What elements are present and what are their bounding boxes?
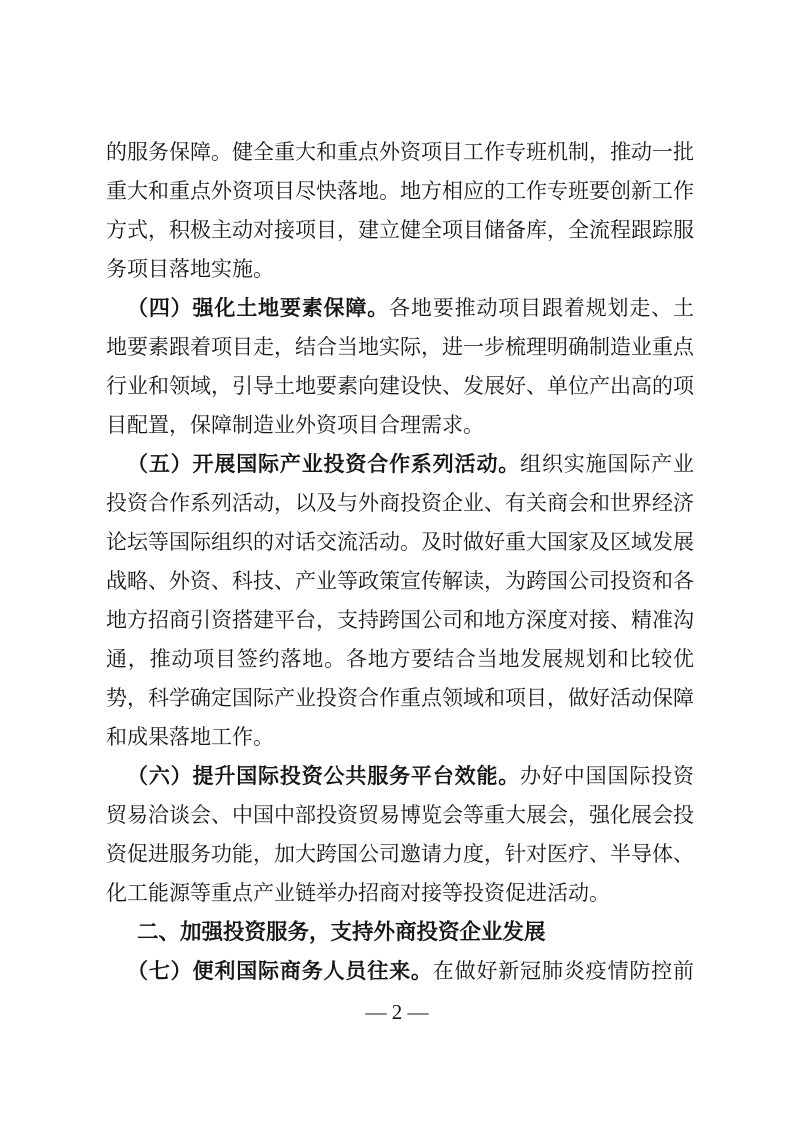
text-line: 通，推动项目签约落地。各地方要结合当地发展规划和比较优 — [106, 640, 694, 679]
text-line: 投资合作系列活动，以及与外商投资企业、有关商会和世界经济 — [106, 484, 694, 523]
text-line: （六）提升国际投资公共服务平台效能。办好中国国际投资 — [106, 757, 694, 796]
text-line: （七）便利国际商务人员往来。在做好新冠肺炎疫情防控前 — [106, 952, 694, 991]
paragraph-lead: （四）强化土地要素保障。 — [127, 296, 389, 320]
text-line: （四）强化土地要素保障。各地要推动项目跟着规划走、土 — [106, 289, 694, 328]
text-line: 战略、外资、科技、产业等政策宣传解读，为跨国公司投资和各 — [106, 562, 694, 601]
body-paragraph: （五）开展国际产业投资合作系列活动。组织实施国际产业 投资合作系列活动，以及与外… — [106, 445, 694, 757]
body-paragraph: （四）强化土地要素保障。各地要推动项目跟着规划走、土 地要素跟着项目走，结合当地… — [106, 289, 694, 445]
paragraph-lead: （六）提升国际投资公共服务平台效能。 — [127, 764, 520, 788]
text-line: 贸易洽谈会、中国中部投资贸易博览会等重大展会，强化展会投 — [106, 796, 694, 835]
text-line: 地方招商引资搭建平台，支持跨国公司和地方深度对接、精准沟 — [106, 601, 694, 640]
text-line: （五）开展国际产业投资合作系列活动。组织实施国际产业 — [106, 445, 694, 484]
paragraph-text: 组织实施国际产业 — [520, 452, 694, 476]
text-line: 的服务保障。健全重大和重点外资项目工作专班机制，推动一批 — [106, 133, 694, 172]
body-paragraph: （六）提升国际投资公共服务平台效能。办好中国国际投资 贸易洽谈会、中国中部投资贸… — [106, 757, 694, 913]
body-paragraph: 的服务保障。健全重大和重点外资项目工作专班机制，推动一批 重大和重点外资项目尽快… — [106, 133, 694, 289]
section-heading: 二、加强投资服务，支持外商投资企业发展 — [106, 913, 694, 952]
page-number: — 2 — — [0, 993, 794, 1032]
text-line: 行业和领域，引导土地要素向建设快、发展好、单位产出高的项 — [106, 367, 694, 406]
paragraph-text: 在做好新冠肺炎疫情防控前 — [433, 959, 694, 983]
body-paragraph: （七）便利国际商务人员往来。在做好新冠肺炎疫情防控前 — [106, 952, 694, 991]
text-line: 目配置，保障制造业外资项目合理需求。 — [106, 406, 694, 445]
text-line: 务项目落地实施。 — [106, 250, 694, 289]
text-line: 资促进服务功能，加大跨国公司邀请力度，针对医疗、半导体、 — [106, 835, 694, 874]
document-page: 的服务保障。健全重大和重点外资项目工作专班机制，推动一批 重大和重点外资项目尽快… — [0, 0, 794, 1123]
paragraph-lead: （五）开展国际产业投资合作系列活动。 — [127, 452, 520, 476]
text-line: 和成果落地工作。 — [106, 718, 694, 757]
text-line: 重大和重点外资项目尽快落地。地方相应的工作专班要创新工作 — [106, 172, 694, 211]
paragraph-text: 办好中国国际投资 — [520, 764, 694, 788]
text-line: 论坛等国际组织的对话交流活动。及时做好重大国家及区域发展 — [106, 523, 694, 562]
paragraph-lead: （七）便利国际商务人员往来。 — [127, 959, 433, 983]
paragraph-text: 各地要推动项目跟着规划走、土 — [389, 296, 694, 320]
text-line: 地要素跟着项目走，结合当地实际，进一步梳理明确制造业重点 — [106, 328, 694, 367]
text-line: 方式，积极主动对接项目，建立健全项目储备库，全流程跟踪服 — [106, 211, 694, 250]
document-body: 的服务保障。健全重大和重点外资项目工作专班机制，推动一批 重大和重点外资项目尽快… — [106, 133, 694, 991]
text-line: 化工能源等重点产业链举办招商对接等投资促进活动。 — [106, 874, 694, 913]
text-line: 势，科学确定国际产业投资合作重点领域和项目，做好活动保障 — [106, 679, 694, 718]
